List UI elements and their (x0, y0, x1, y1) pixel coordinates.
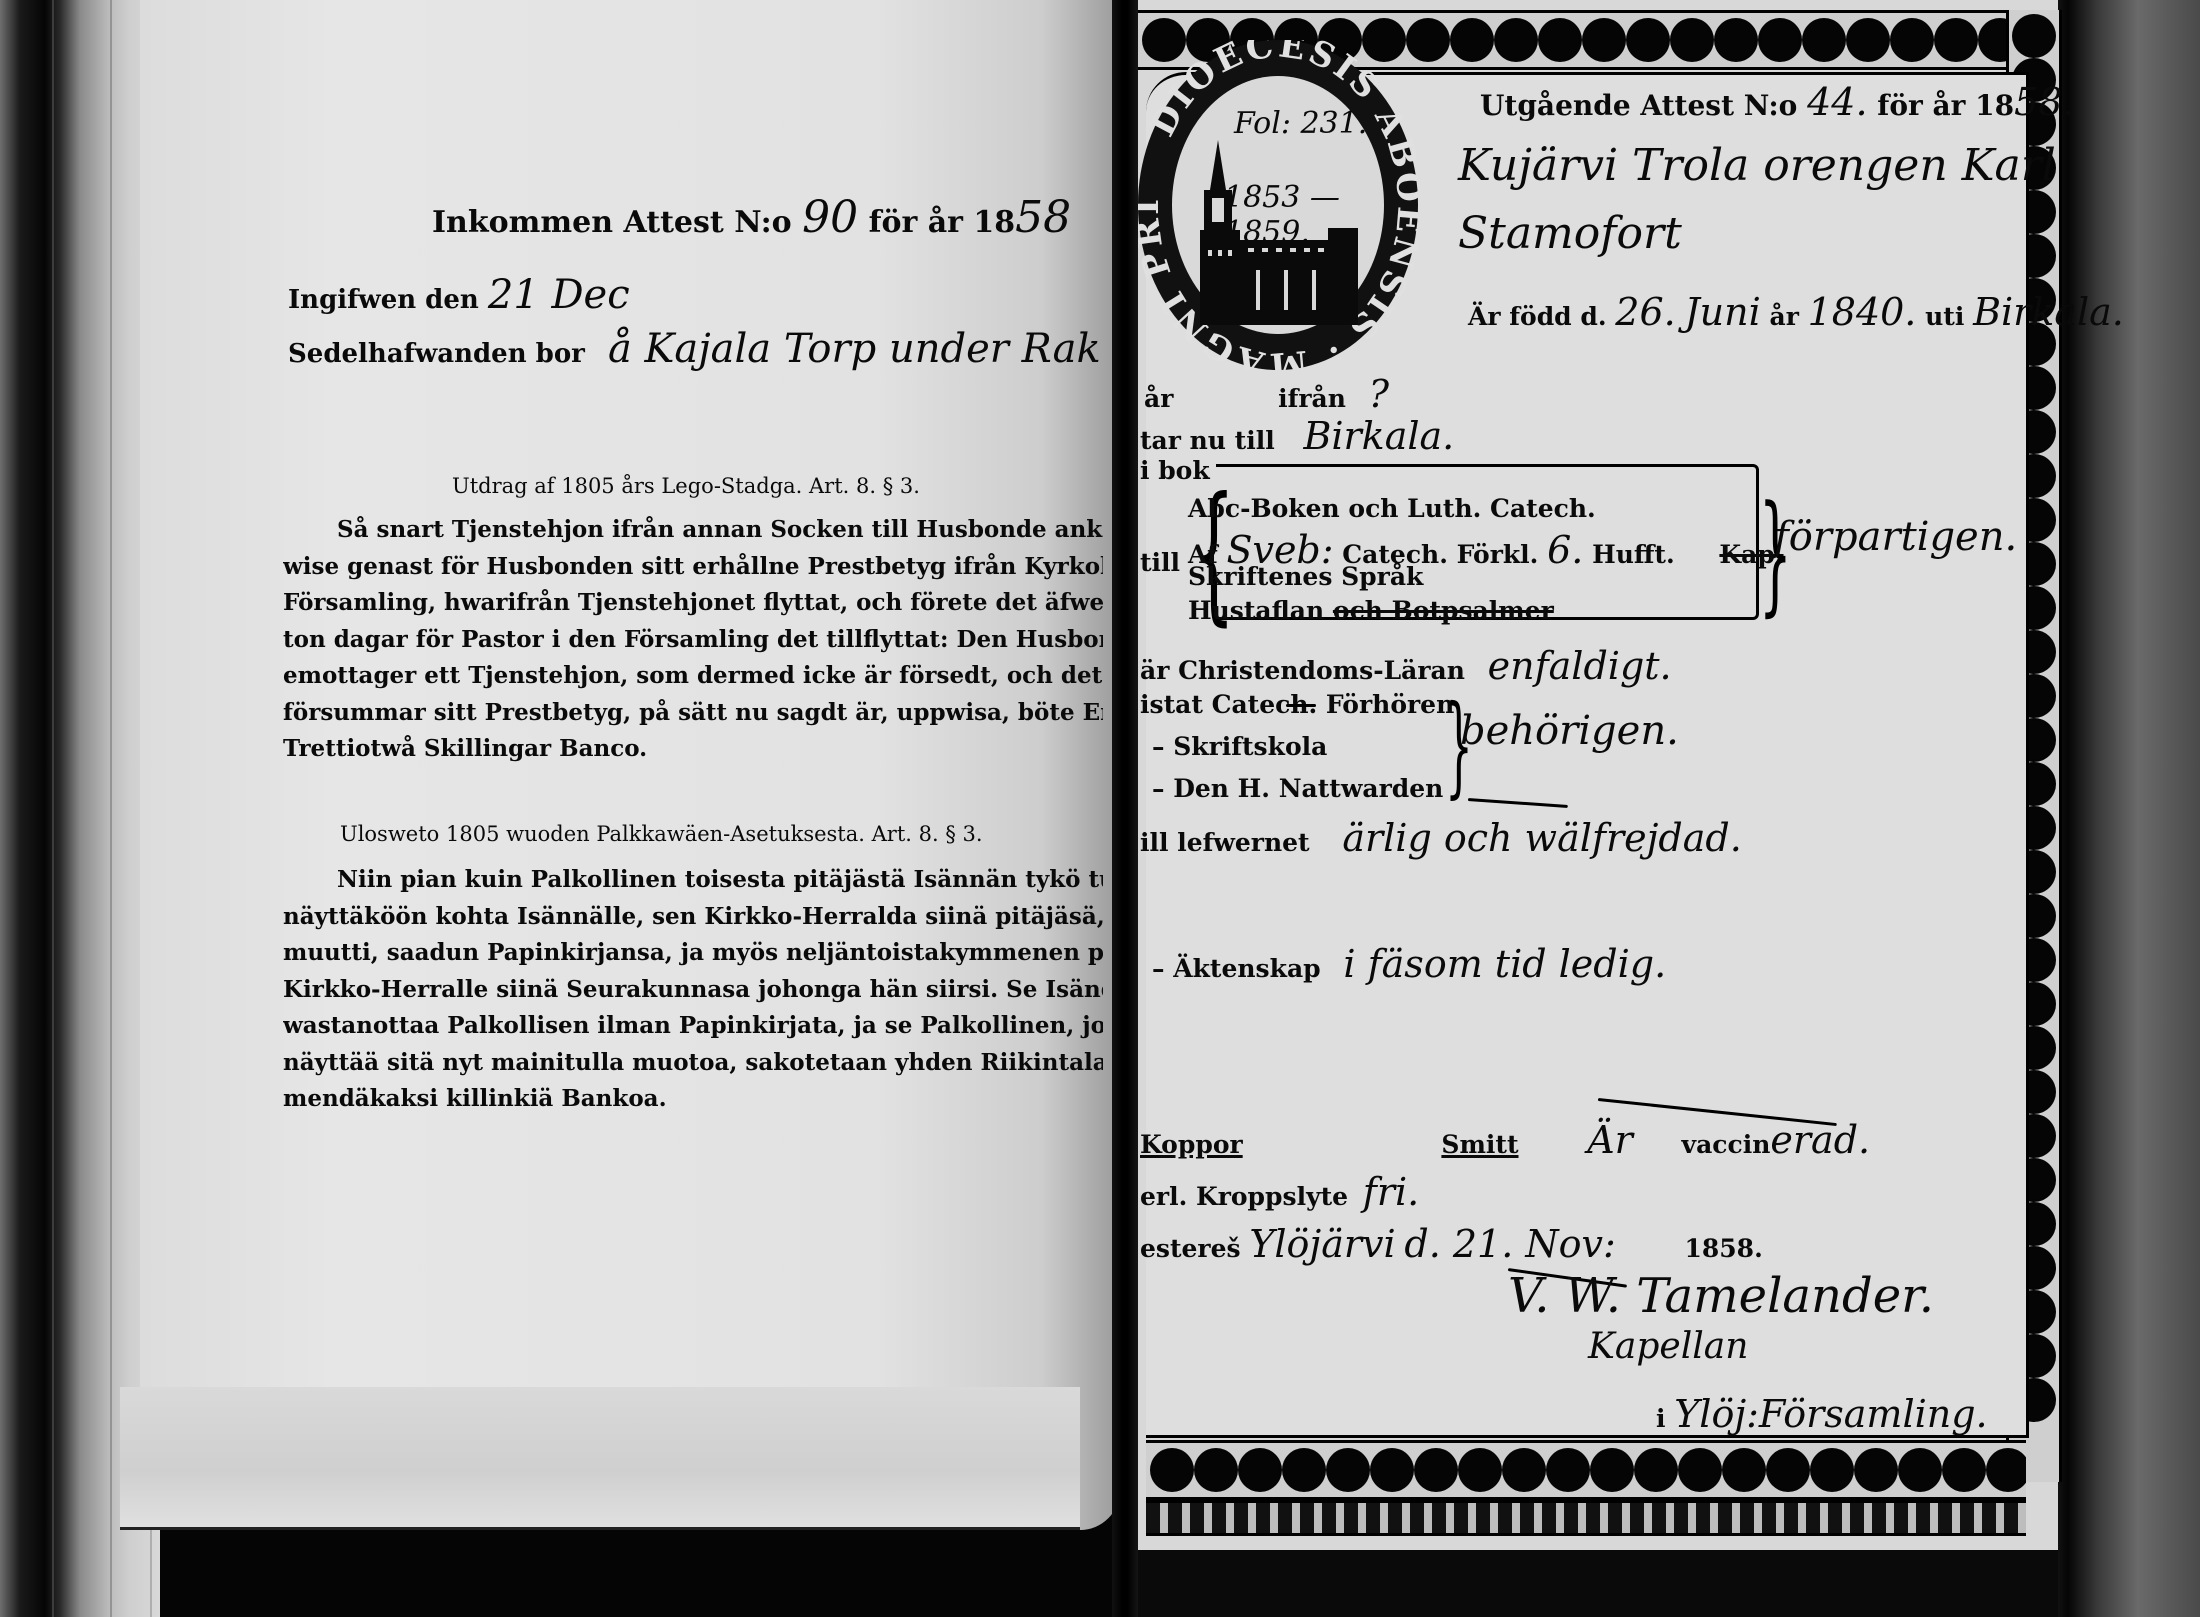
knowledge-item-handwritten: 6. (1547, 528, 1583, 572)
physique-field: erl. Kroppslyte fri. (1140, 1170, 1419, 1214)
swedish-extract-body: Så snart Tjenstehjon ifrån annan Socken … (283, 512, 1103, 768)
incoming-certificate-title: Inkommen Attest N:o 90 för år 1858 (432, 192, 1071, 243)
person-name-line-1: Kujärvi Trola orengen Karl (1458, 140, 2056, 191)
text-line: ton dagar för Pastor i den Församling de… (283, 622, 1103, 659)
text-line: Kirkko-Herralle siinä Seurakunnasa johon… (283, 972, 1103, 1009)
smallpox-field: Koppor Smitt Är vaccinerad. (1140, 1118, 1870, 1162)
text-line: näyttäköön kohta Isännälle, sen Kirkko-H… (283, 899, 1103, 936)
swedish-extract-heading: Utdrag af 1805 års Lego-Stadga. Art. 8. … (452, 474, 920, 498)
diocesan-seal: DIOECESIS ABOENSIS · MAGNI PRINC: F Fol:… (1138, 40, 1418, 370)
decorative-border-bottom (1146, 1440, 2026, 1500)
person-name-line-2: Stamofort (1458, 208, 1682, 259)
received-date-field: Ingifwen den 21 Dec (288, 272, 630, 318)
knowledge-value: förpartigen. (1774, 514, 2017, 560)
title-year-label: för år 18 (869, 205, 1016, 240)
knowledge-item-text: Hufft. (1592, 540, 1675, 569)
attended-value: behörigen. (1460, 708, 1679, 754)
text-line: Församling, hwarifrån Tjenstehjonet flyt… (283, 585, 1103, 622)
from-value: ? (1369, 372, 1389, 416)
finnish-extract-body: Niin pian kuin Palkollinen toisesta pitä… (283, 862, 1103, 1118)
holder-residence-field: Sedelhafwanden bor å Kajala Torp under R… (288, 326, 1101, 372)
certificate-year-suffix: 58. (2014, 80, 2074, 124)
parish-name: Ylöj: (1674, 1392, 1759, 1436)
birth-year-label: år (1770, 302, 1799, 331)
from-field: år ifrån ? (1144, 372, 1389, 416)
birth-field: Är född d. 26. Juni år 1840. uti Birkala… (1468, 290, 2124, 334)
years-note: 1853 — 1859. (1224, 180, 1418, 250)
title-prefix: Utgående Attest N:o (1480, 89, 1797, 122)
birth-month: Juni (1684, 290, 1760, 334)
text-line: emottager ett Tjenstehjon, som dermed ic… (283, 658, 1103, 695)
finnish-extract-heading: Ulosweto 1805 wuoden Palkkawäen-Asetukse… (340, 822, 983, 846)
attended-confirmation-school-label: – Skriftskola (1152, 732, 1327, 761)
issued-year: 1858. (1685, 1234, 1763, 1263)
received-value: 21 Dec (488, 272, 630, 318)
text-line: wise genast för Husbonden sitt erhållne … (283, 549, 1103, 586)
signature-name: V. W. Tamelander. (1508, 1268, 1934, 1324)
certificate-year-suffix: 58 (1015, 192, 1071, 243)
knowledge-item-text: Abc-Boken och Luth. Catech. (1188, 494, 1596, 523)
birth-day: 26. (1615, 290, 1675, 334)
book-binding (0, 0, 160, 1617)
parish-suffix: Församling. (1759, 1392, 1988, 1436)
marriage-value: i fäsom tid ledig. (1343, 942, 1666, 986)
birth-year: 1840. (1808, 290, 1917, 334)
certificate-number: 90 (802, 192, 858, 243)
book-gutter (1112, 0, 1138, 1617)
issued-place: Ylöjärvi (1249, 1222, 1395, 1266)
text-line: näyttää sitä nyt mainitulla muotoa, sako… (283, 1045, 1103, 1082)
vaccinated-label: vaccin (1682, 1130, 1771, 1159)
knowledge-item: Hustaflan och Botpsalmer (1188, 596, 1554, 625)
rule-line (1286, 704, 1316, 707)
physique-value: fri. (1363, 1170, 1419, 1214)
text-line: mendäkaksi killinkiä Bankoa. (283, 1081, 1103, 1118)
smallpox-label: Koppor (1140, 1130, 1243, 1159)
received-label: Ingifwen den (288, 285, 479, 315)
issued-date: d. 21. Nov: (1404, 1222, 1615, 1266)
issued-label: estereš (1140, 1234, 1241, 1263)
signature-parish: i Ylöj:Församling. (1656, 1392, 1988, 1436)
marriage-field: – Äktenskap i fäsom tid ledig. (1152, 942, 1666, 986)
birth-place-label: uti (1925, 302, 1964, 331)
knowledge-item-text: Hustaflan (1188, 596, 1324, 625)
text-line: muutti, saadun Papinkirjansa, ja myös ne… (283, 935, 1103, 972)
right-page-edge (2058, 0, 2200, 1617)
moving-to-value: Birkala. (1303, 414, 1454, 458)
knowledge-label: till (1140, 548, 1180, 577)
text-line: Så snart Tjenstehjon ifrån annan Socken … (283, 512, 1103, 549)
christianity-value: enfaldigt. (1488, 644, 1672, 688)
text-line: försummar sitt Prestbetyg, på sätt nu sa… (283, 695, 1103, 732)
knowledge-item-text: Skriftenes Språk (1188, 562, 1423, 591)
birth-label: Är född d. (1468, 302, 1607, 331)
from-label-a: år (1144, 384, 1173, 413)
physique-label: erl. Kroppslyte (1140, 1182, 1348, 1211)
signature-title: Kapellan (1588, 1326, 1748, 1367)
infected-label: Smitt (1441, 1130, 1518, 1159)
birth-place: Birkala. (1973, 290, 2124, 334)
residence-value: å Kajala Torp under Rak (608, 326, 1101, 372)
attended-communion-label: – Den H. Nattwarden (1152, 774, 1443, 803)
vaccinated-suffix: erad. (1770, 1118, 1870, 1162)
title-year-label: för år 18 (1877, 89, 2014, 122)
moving-to-label: tar nu till (1140, 426, 1275, 455)
text-line: Niin pian kuin Palkollinen toisesta pitä… (283, 862, 1103, 899)
conduct-value: ärlig och wälfrejdad. (1342, 816, 1741, 860)
page-bottom-curl (120, 1387, 1080, 1530)
knowledge-item: Abc-Boken och Luth. Catech. (1188, 494, 1596, 523)
residence-label: Sedelhafwanden bor (288, 339, 585, 369)
knowledge-item: Skriftenes Språk (1188, 562, 1423, 591)
outgoing-certificate-title: Utgående Attest N:o 44. för år 1858. (1480, 80, 2075, 124)
marriage-label: – Äktenskap (1152, 954, 1321, 983)
folio-note: Fol: 231. (1234, 106, 1367, 141)
christianity-field: är Christendoms-Läran enfaldigt. (1140, 644, 1672, 688)
text-line: wastanottaa Palkollisen ilman Papinkirja… (283, 1008, 1103, 1045)
from-label-b: ifrån (1278, 384, 1346, 413)
right-page: DIOECESIS ABOENSIS · MAGNI PRINC: F Fol:… (1138, 0, 2200, 1617)
smallpox-handwritten: Är (1587, 1118, 1633, 1162)
conduct-label: ill lefwernet (1140, 828, 1310, 857)
text-line: Trettiotwå Skillingar Banco. (283, 731, 1103, 768)
certificate-number: 44. (1807, 80, 1867, 124)
issued-field: estereš Ylöjärvi d. 21. Nov: 1858. (1140, 1222, 1763, 1266)
christianity-label: är Christendoms-Läran (1140, 656, 1465, 685)
decorative-fringe (1146, 1500, 2026, 1536)
title-prefix: Inkommen Attest N:o (432, 205, 792, 240)
parish-prefix: i (1656, 1404, 1666, 1433)
conduct-field: ill lefwernet ärlig och wälfrejdad. (1140, 816, 1742, 860)
moving-to-field: tar nu till Birkala. (1140, 414, 1454, 458)
struck-text: och Botpsalmer (1333, 596, 1554, 625)
